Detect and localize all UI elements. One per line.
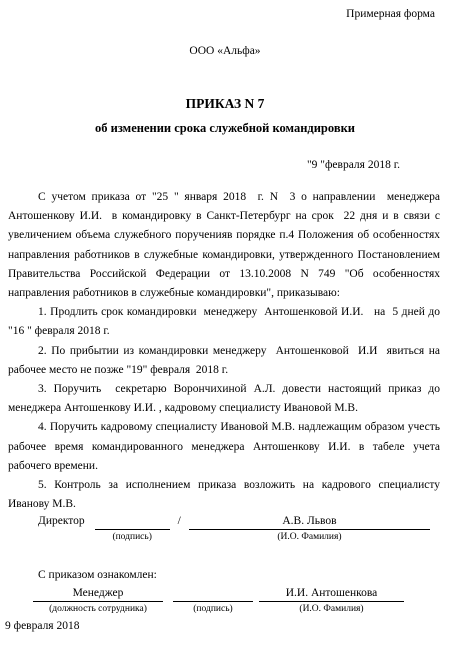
intro-paragraph: С учетом приказа от "25 " января 2018 г.… [8, 188, 440, 303]
order-date: "9 "февраля 2018 г. [0, 159, 450, 172]
order-item-1: 1. Продлить срок командировки менеджеру … [8, 303, 440, 341]
order-body: С учетом приказа от "25 " января 2018 г.… [0, 188, 450, 514]
signature-separator: / [178, 514, 181, 529]
director-role-label: Директор [38, 514, 85, 529]
employee-signature-field: (подпись) [173, 586, 253, 615]
director-signature-field: (подпись) [95, 514, 170, 543]
order-item-5: 5. Контроль за исполнением приказа возло… [8, 476, 440, 514]
director-signature-line [95, 514, 170, 530]
employee-signature-caption: (подпись) [173, 602, 253, 615]
employee-position-caption: (должность сотрудника) [33, 602, 163, 615]
employee-position-value: Менеджер [33, 586, 163, 602]
director-signature-row: Директор (подпись) / А.В. Львов (И.О. Фа… [38, 514, 430, 543]
order-item-3: 3. Поручить секретарю Ворончихиной А.Л. … [8, 380, 440, 418]
order-document-page: Примерная форма ООО «Альфа» ПРИКАЗ N 7 о… [0, 0, 450, 662]
acknowledgement-signature-row: Менеджер (должность сотрудника) (подпись… [33, 586, 450, 615]
employee-name-value: И.И. Антошенкова [259, 586, 404, 602]
acknowledgement-label: С приказом ознакомлен: [38, 568, 450, 582]
signature-section: Директор (подпись) / А.В. Львов (И.О. Фа… [0, 514, 450, 633]
director-name-value: А.В. Львов [189, 514, 430, 530]
order-item-2: 2. По прибытии из командировки менеджеру… [8, 342, 440, 380]
form-type-note: Примерная форма [0, 0, 450, 21]
director-name-caption: (И.О. Фамилия) [189, 530, 430, 543]
document-footer-date: 9 февраля 2018 [5, 619, 450, 633]
employee-signature-line [173, 586, 253, 602]
order-item-4: 4. Поручить кадровому специалисту Иванов… [8, 418, 440, 476]
director-signature-caption: (подпись) [95, 530, 170, 543]
employee-name-field: И.И. Антошенкова (И.О. Фамилия) [259, 586, 404, 615]
employee-position-field: Менеджер (должность сотрудника) [33, 586, 163, 615]
director-name-field: А.В. Львов (И.О. Фамилия) [189, 514, 430, 543]
order-subtitle: об изменении срока служебной командировк… [0, 121, 450, 135]
company-name: ООО «Альфа» [0, 45, 450, 58]
order-title: ПРИКАЗ N 7 [0, 96, 450, 111]
employee-name-caption: (И.О. Фамилия) [259, 602, 404, 615]
